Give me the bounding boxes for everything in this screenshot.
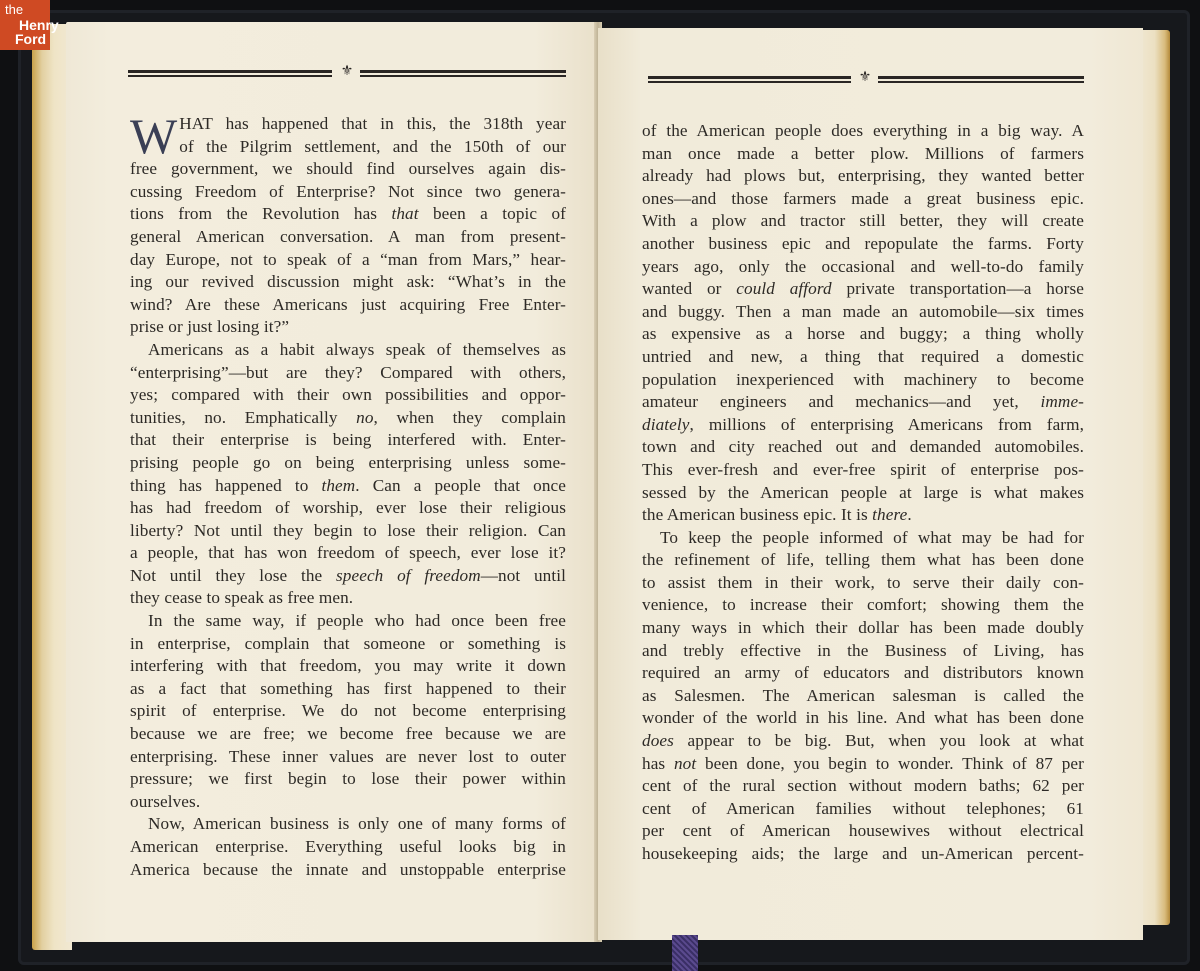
text-line: amateur engineers and mechanics—and yet,… — [642, 391, 1084, 414]
logo-the: the — [5, 2, 23, 17]
text-line: liberty? Not until they begin to lose th… — [130, 520, 566, 543]
text-line: a people, that has won freedom of speech… — [130, 542, 566, 565]
left-page-text: W HAT has happened that in this, the 318… — [130, 113, 566, 881]
bookmark-ribbon — [672, 935, 698, 971]
text-line: With a plow and tractor still better, th… — [642, 210, 1084, 233]
text-line: HAT has happened that in this, the 318th… — [130, 113, 566, 136]
text-line: untried and new, a thing that required a… — [642, 346, 1084, 369]
text-line: This ever-fresh and ever-free spirit of … — [642, 459, 1084, 482]
text-line: thing has happened to them. Can a people… — [130, 475, 566, 498]
right-page-text: of the American people does everything i… — [642, 120, 1084, 866]
text-line: wonder of the world in his line. And wha… — [642, 707, 1084, 730]
text-line: American enterprise. Everything useful l… — [130, 836, 566, 859]
text-line: spirit of enterprise. We do not become e… — [130, 700, 566, 723]
text-line: cussing Freedom of Enterprise? Not since… — [130, 181, 566, 204]
text-line: enterprising. These inner values are nev… — [130, 746, 566, 769]
header-ornament-left: ⚜ — [128, 68, 566, 80]
henry-ford-logo: the Henry Ford — [0, 0, 50, 50]
left-page: ⚜ W HAT has happened that in this, the 3… — [66, 22, 598, 942]
text-line: general American conversation. A man fro… — [130, 226, 566, 249]
text-line: prising people go on being enterprising … — [130, 452, 566, 475]
text-line: venience, to increase their comfort; sho… — [642, 594, 1084, 617]
text-line: to assist them in their work, to serve t… — [642, 572, 1084, 595]
logo-ford: Ford — [15, 31, 46, 47]
header-ornament-right: ⚜ — [648, 74, 1084, 86]
text-line: ourselves. — [130, 791, 566, 814]
rule-right — [878, 76, 1084, 83]
text-line: To keep the people informed of what may … — [642, 527, 1084, 550]
text-line: day Europe, not to speak of a “man from … — [130, 249, 566, 272]
text-line: ones—and those farmers made a great busi… — [642, 188, 1084, 211]
text-line: town and city reached out and demanded a… — [642, 436, 1084, 459]
text-line: prise or just losing it?” — [130, 316, 566, 339]
text-line: America because the innate and unstoppab… — [130, 859, 566, 882]
text-line: cent of American families without teleph… — [642, 798, 1084, 821]
text-line: tions from the Revolution has that been … — [130, 203, 566, 226]
text-line: population inexperienced with machinery … — [642, 369, 1084, 392]
rule-right — [360, 70, 566, 77]
text-line: in enterprise, complain that someone or … — [130, 633, 566, 656]
text-line: cent of the rural section without modern… — [642, 775, 1084, 798]
text-line: as expensive as a horse and buggy; a thi… — [642, 323, 1084, 346]
rule-left — [648, 76, 851, 83]
text-line: of the Pilgrim settlement, and the 150th… — [130, 136, 566, 159]
text-line: Not until they lose the speech of freedo… — [130, 565, 566, 588]
text-line: wind? Are these Americans just acquiring… — [130, 294, 566, 317]
text-line: “enterprising”—but are they? Compared wi… — [130, 362, 566, 385]
text-line: diately, millions of enterprising Americ… — [642, 414, 1084, 437]
text-line: sessed by the American people at large i… — [642, 482, 1084, 505]
text-line: already had plows but, enterprising, the… — [642, 165, 1084, 188]
drop-cap: W — [130, 116, 177, 156]
text-line: does appear to be big. But, when you loo… — [642, 730, 1084, 753]
text-line: In the same way, if people who had once … — [130, 610, 566, 633]
text-line: yes; compared with their own possibiliti… — [130, 384, 566, 407]
text-line: and buggy. Then a man made an automobile… — [642, 301, 1084, 324]
right-page: ⚜ of the American people does everything… — [598, 28, 1143, 940]
text-line: pressure; we first begin to lose their p… — [130, 768, 566, 791]
text-line: man once made a better plow. Millions of… — [642, 143, 1084, 166]
text-line: because we are free; we become free beca… — [130, 723, 566, 746]
text-line: as a fact that something has first happe… — [130, 678, 566, 701]
text-line: free government, we should find ourselve… — [130, 158, 566, 181]
text-line: years ago, only the occasional and well-… — [642, 256, 1084, 279]
text-line: many ways in which their dollar has been… — [642, 617, 1084, 640]
text-line: they cease to speak as free men. — [130, 587, 566, 610]
text-line: as Salesmen. The American salesman is ca… — [642, 685, 1084, 708]
text-line: the refinement of life, telling them wha… — [642, 549, 1084, 572]
text-line: required an army of educators and distri… — [642, 662, 1084, 685]
fleur-de-lis-icon: ⚜ — [857, 69, 873, 86]
text-line: the American business epic. It is there. — [642, 504, 1084, 527]
text-line: wanted or could afford private transport… — [642, 278, 1084, 301]
text-line: Now, American business is only one of ma… — [130, 813, 566, 836]
text-line: and trebly effective in the Business of … — [642, 640, 1084, 663]
text-line: per cent of American housewives without … — [642, 820, 1084, 843]
text-line: tunities, no. Emphatically no, when they… — [130, 407, 566, 430]
text-line: Americans as a habit always speak of the… — [130, 339, 566, 362]
text-line: has had freedom of worship, ever lose th… — [130, 497, 566, 520]
text-line: ing our revived discussion might ask: “W… — [130, 271, 566, 294]
text-line: of the American people does everything i… — [642, 120, 1084, 143]
text-line: has not been done, you begin to wonder. … — [642, 753, 1084, 776]
text-line: that their enterprise is being interfere… — [130, 429, 566, 452]
text-line: another business epic and repopulate the… — [642, 233, 1084, 256]
rule-left — [128, 70, 332, 77]
fleur-de-lis-icon: ⚜ — [339, 63, 355, 80]
text-line: housekeeping aids; the large and un-Amer… — [642, 843, 1084, 866]
text-line: interfering with that freedom, you may w… — [130, 655, 566, 678]
